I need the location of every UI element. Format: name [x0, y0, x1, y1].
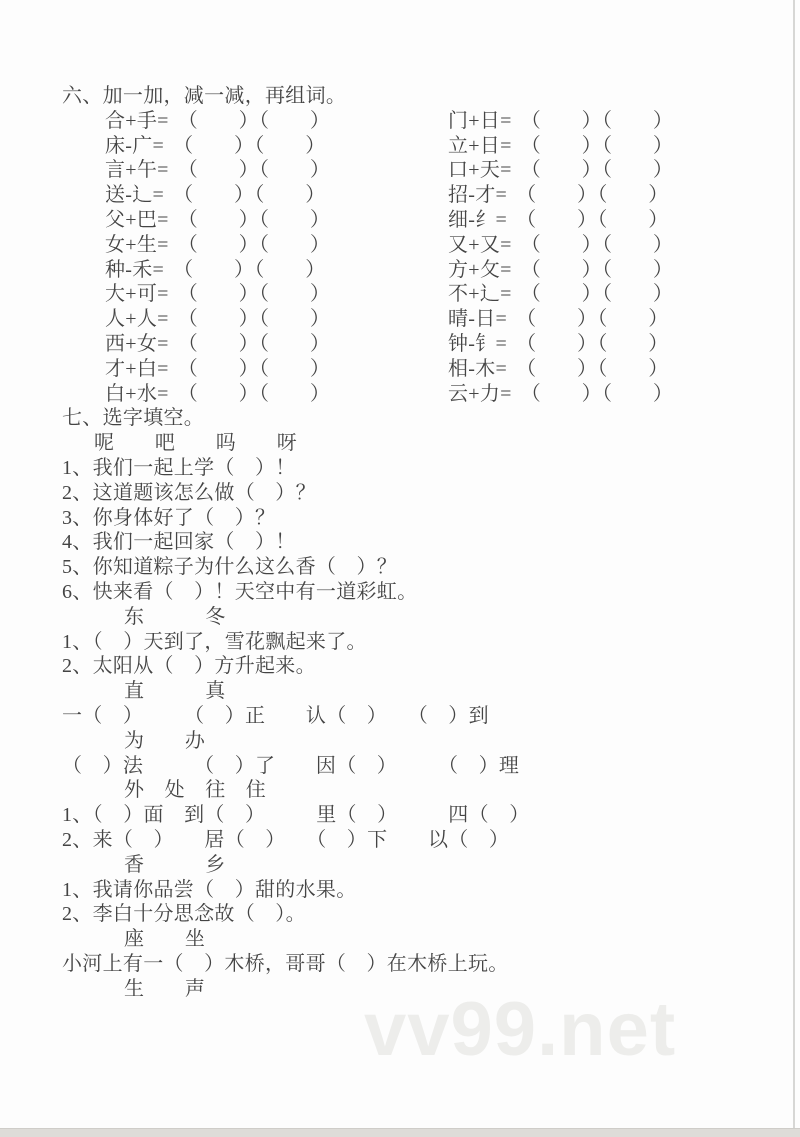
exercise-line: 1、（ ）面 到（ ） 里（ ） 四（ ） [62, 803, 786, 828]
equation-label: 相-木= [448, 358, 507, 380]
option-words: 香 乡 [62, 853, 786, 878]
equation-row: 才+白=（ ）（ ） 相-木=（ ）（ ） [62, 357, 786, 382]
equation-row: 合+手=（ ）（ ） 门+日=（ ）（ ） [62, 109, 786, 134]
exercise-line: 5、你知道粽子为什么这么香（ ）？ [62, 555, 786, 580]
answer-blanks: （ ）（ ） [521, 234, 673, 256]
exercise-line: 4、我们一起回家（ ）！ [62, 530, 786, 555]
equation-label: 口+天= [448, 159, 512, 181]
answer-blanks: （ ）（ ） [521, 159, 673, 181]
option-words: 外 处 往 住 [62, 778, 786, 803]
equation-label: 细-纟= [448, 209, 507, 231]
equation-label: 方+攵= [448, 259, 512, 281]
page-bottom-strip [0, 1128, 800, 1137]
equation-label: 父+巴= [105, 209, 169, 231]
answer-blanks: （ ）（ ） [178, 358, 330, 380]
equation-label: 言+午= [105, 159, 169, 181]
answer-blanks: （ ）（ ） [178, 209, 330, 231]
answer-blanks: （ ）（ ） [178, 333, 330, 355]
section7-exercise-list: 呢 吧 吗 呀 1、我们一起上学（ ）！ 2、这道题该怎么做（ ）？ 3、你身体… [62, 431, 786, 1001]
option-words: 东 冬 [62, 605, 786, 630]
worksheet-content: 六、加一加，减一减，再组词。 合+手=（ ）（ ） 门+日=（ ）（ ） 床-广… [62, 84, 786, 1001]
equation-label: 又+又= [448, 234, 512, 256]
exercise-line: 6、快来看（ ）！天空中有一道彩虹。 [62, 580, 786, 605]
equation-label: 女+生= [105, 234, 169, 256]
answer-blanks: （ ）（ ） [173, 135, 325, 157]
exercise-line: （ ）法 （ ）了 因（ ） （ ）理 [62, 754, 786, 779]
worksheet-page: vv99.net 六、加一加，减一减，再组词。 合+手=（ ）（ ） 门+日=（… [0, 0, 800, 1137]
answer-blanks: （ ）（ ） [521, 259, 673, 281]
exercise-line: 2、这道题该怎么做（ ）？ [62, 481, 786, 506]
equation-label: 大+可= [105, 283, 169, 305]
equation-label: 人+人= [105, 308, 169, 330]
answer-blanks: （ ）（ ） [178, 308, 330, 330]
equation-label: 种-禾= [105, 259, 164, 281]
exercise-line: 2、来（ ） 居（ ） （ ）下 以（ ） [62, 828, 786, 853]
equation-label: 床-广= [105, 135, 164, 157]
option-words: 生 声 [62, 977, 786, 1002]
equation-row: 人+人=（ ）（ ） 晴-日=（ ）（ ） [62, 307, 786, 332]
equation-label: 招-才= [448, 184, 507, 206]
answer-blanks: （ ）（ ） [521, 110, 673, 132]
answer-blanks: （ ）（ ） [516, 184, 668, 206]
exercise-line: 3、你身体好了（ ）？ [62, 506, 786, 531]
answer-blanks: （ ）（ ） [178, 383, 330, 405]
answer-blanks: （ ）（ ） [178, 159, 330, 181]
answer-blanks: （ ）（ ） [521, 383, 673, 405]
option-words: 为 办 [62, 729, 786, 754]
option-words: 座 坐 [62, 927, 786, 952]
equation-row: 西+女=（ ）（ ） 钟-钅=（ ）（ ） [62, 332, 786, 357]
equation-row: 白+水=（ ）（ ） 云+力=（ ）（ ） [62, 382, 786, 407]
answer-blanks: （ ）（ ） [178, 234, 330, 256]
option-words: 呢 吧 吗 呀 [62, 431, 786, 456]
exercise-line: 1、我请你品尝（ ）甜的水果。 [62, 878, 786, 903]
exercise-line: 2、李白十分思念故（ ）。 [62, 902, 786, 927]
equation-row: 床-广=（ ）（ ） 立+日=（ ）（ ） [62, 134, 786, 159]
equation-label: 白+水= [105, 383, 169, 405]
answer-blanks: （ ）（ ） [516, 333, 668, 355]
equation-label: 合+手= [105, 110, 169, 132]
equation-label: 钟-钅= [448, 333, 507, 355]
answer-blanks: （ ）（ ） [521, 283, 673, 305]
exercise-line: 一（ ） （ ）正 认（ ） （ ）到 [62, 704, 786, 729]
exercise-line: 小河上有一（ ）木桥，哥哥（ ）在木桥上玩。 [62, 952, 786, 977]
equation-row: 送-辶=（ ）（ ） 招-才=（ ）（ ） [62, 183, 786, 208]
section7-title: 七、选字填空。 [62, 406, 786, 431]
equation-row: 言+午=（ ）（ ） 口+天=（ ）（ ） [62, 158, 786, 183]
equation-row: 女+生=（ ）（ ） 又+又=（ ）（ ） [62, 233, 786, 258]
equation-label: 不+辶= [448, 283, 512, 305]
equation-label: 门+日= [448, 110, 512, 132]
exercise-line: 2、太阳从（ ）方升起来。 [62, 654, 786, 679]
exercise-line: 1、我们一起上学（ ）！ [62, 456, 786, 481]
answer-blanks: （ ）（ ） [516, 358, 668, 380]
equation-row: 种-禾=（ ）（ ） 方+攵=（ ）（ ） [62, 258, 786, 283]
equation-label: 立+日= [448, 135, 512, 157]
answer-blanks: （ ）（ ） [178, 110, 330, 132]
equation-row: 大+可=（ ）（ ） 不+辶=（ ）（ ） [62, 282, 786, 307]
answer-blanks: （ ）（ ） [516, 209, 668, 231]
answer-blanks: （ ）（ ） [516, 308, 668, 330]
equation-row: 父+巴=（ ）（ ） 细-纟=（ ）（ ） [62, 208, 786, 233]
exercise-line: 1、（ ）天到了，雪花飘起来了。 [62, 630, 786, 655]
answer-blanks: （ ）（ ） [173, 259, 325, 281]
section6-title: 六、加一加，减一减，再组词。 [62, 84, 786, 109]
page-edge-line [793, 0, 795, 1137]
equation-label: 西+女= [105, 333, 169, 355]
equation-label: 送-辶= [105, 184, 164, 206]
equation-label: 云+力= [448, 383, 512, 405]
answer-blanks: （ ）（ ） [178, 283, 330, 305]
answer-blanks: （ ）（ ） [521, 135, 673, 157]
section6-equation-list: 合+手=（ ）（ ） 门+日=（ ）（ ） 床-广=（ ）（ ） 立+日=（ ）… [62, 109, 786, 407]
equation-label: 才+白= [105, 358, 169, 380]
answer-blanks: （ ）（ ） [173, 184, 325, 206]
option-words: 直 真 [62, 679, 786, 704]
equation-label: 晴-日= [448, 308, 507, 330]
